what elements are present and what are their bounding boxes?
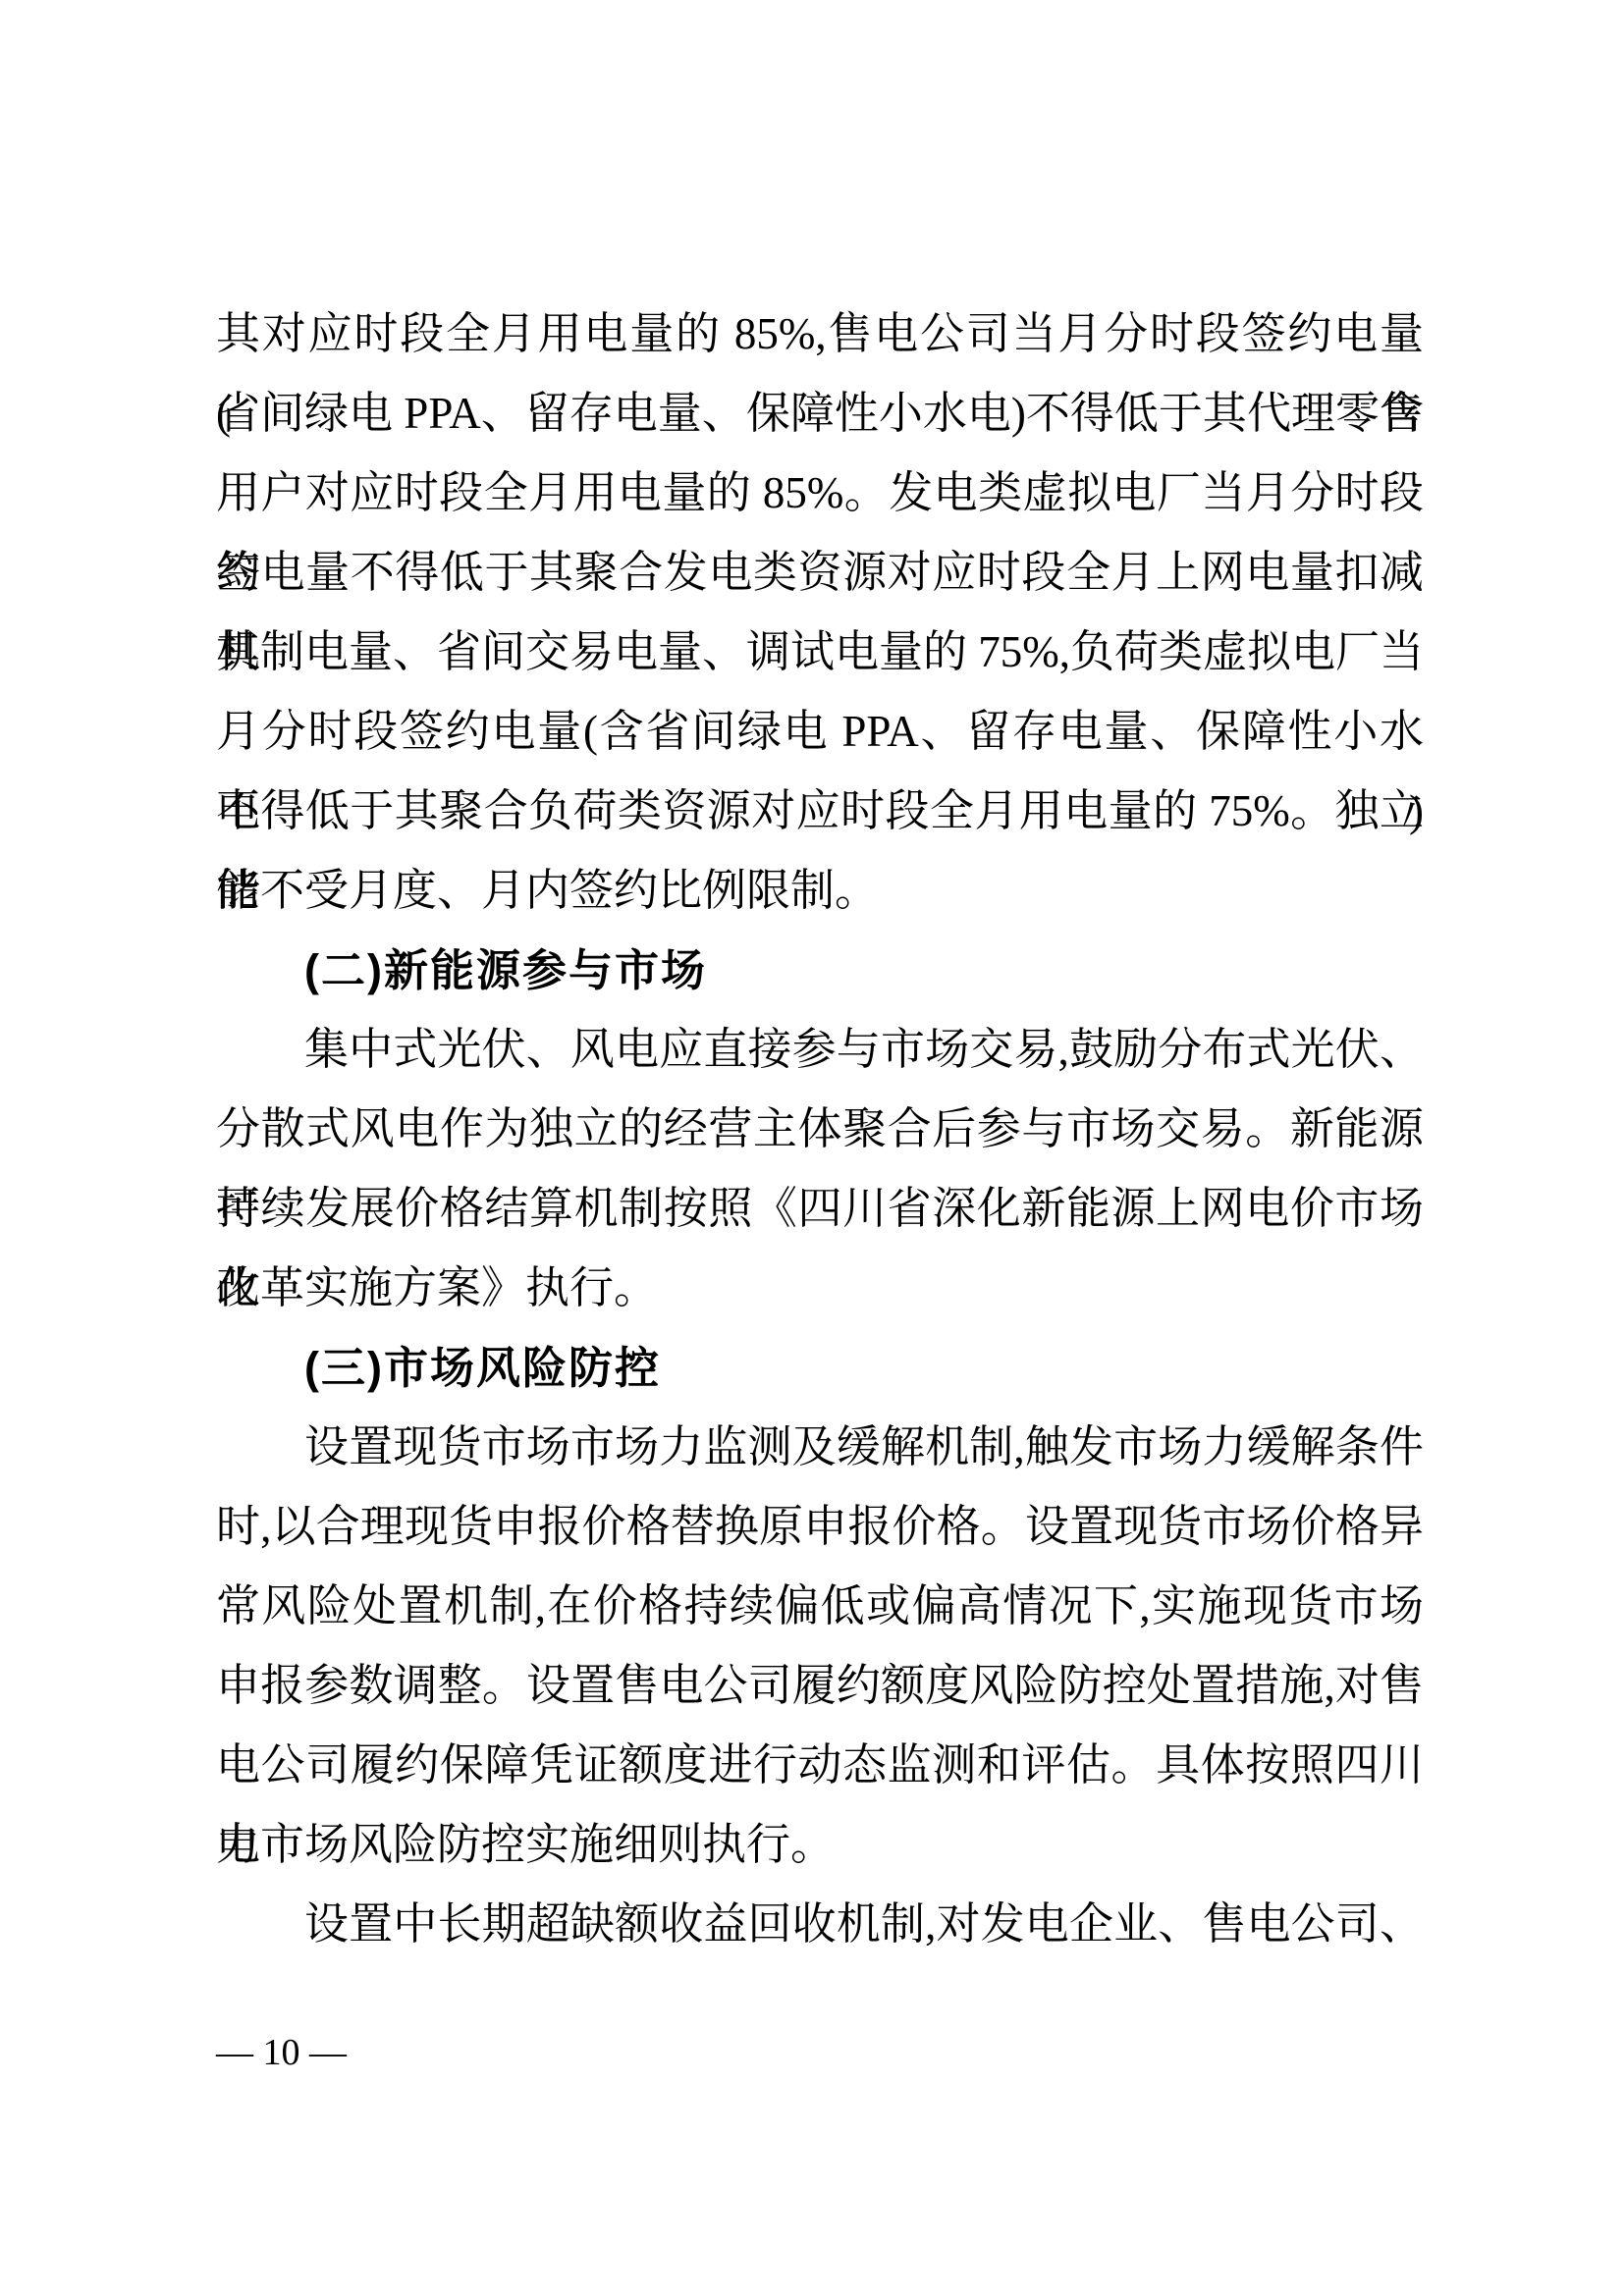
section-heading: (二)新能源参与市场	[216, 931, 1424, 1010]
text-line: 电公司履约保障凭证额度进行动态监测和评估。具体按照四川电	[216, 1726, 1424, 1805]
text-line: 能不受月度、月内签约比例限制。	[216, 851, 1424, 931]
document-body: 其对应时段全月用电量的 85%,售电公司当月分时段签约电量(含 省间绿电 PPA…	[216, 294, 1424, 1964]
text-line: 其对应时段全月用电量的 85%,售电公司当月分时段签约电量(含	[216, 294, 1424, 374]
text-line: 力市场风险防控实施细则执行。	[216, 1805, 1424, 1885]
text-line: 时,以合理现货申报价格替换原申报价格。设置现货市场价格异	[216, 1487, 1424, 1567]
text-line: 申报参数调整。设置售电公司履约额度风险防控处置措施,对售	[216, 1646, 1424, 1726]
text-line: 机制电量、省间交易电量、调试电量的 75%,负荷类虚拟电厂当	[216, 613, 1424, 692]
section-heading: (三)市场风险防控	[216, 1328, 1424, 1408]
text-line: 不得低于其聚合负荷类资源对应时段全月用电量的 75%。独立储	[216, 772, 1424, 851]
text-line: 集中式光伏、风电应直接参与市场交易,鼓励分布式光伏、	[216, 1010, 1424, 1090]
text-line: 常风险处置机制,在价格持续偏低或偏高情况下,实施现货市场	[216, 1567, 1424, 1646]
text-line: 分散式风电作为独立的经营主体聚合后参与市场交易。新能源可	[216, 1090, 1424, 1169]
text-line: 设置现货市场市场力监测及缓解机制,触发市场力缓解条件	[216, 1408, 1424, 1487]
text-line: 设置中长期超缺额收益回收机制,对发电企业、售电公司、	[216, 1885, 1424, 1964]
document-page: 其对应时段全月用电量的 85%,售电公司当月分时段签约电量(含 省间绿电 PPA…	[0, 0, 1624, 2296]
text-line: 用户对应时段全月用电量的 85%。发电类虚拟电厂当月分时段签	[216, 454, 1424, 533]
text-line: 省间绿电 PPA、留存电量、保障性小水电)不得低于其代理零售	[216, 374, 1424, 454]
text-line: 月分时段签约电量(含省间绿电 PPA、留存电量、保障性小水电)	[216, 692, 1424, 772]
text-line: 改革实施方案》执行。	[216, 1249, 1424, 1328]
page-number: — 10 —	[216, 2028, 347, 2077]
text-line: 约电量不得低于其聚合发电类资源对应时段全月上网电量扣减其	[216, 533, 1424, 613]
text-line: 持续发展价格结算机制按照《四川省深化新能源上网电价市场化	[216, 1169, 1424, 1249]
